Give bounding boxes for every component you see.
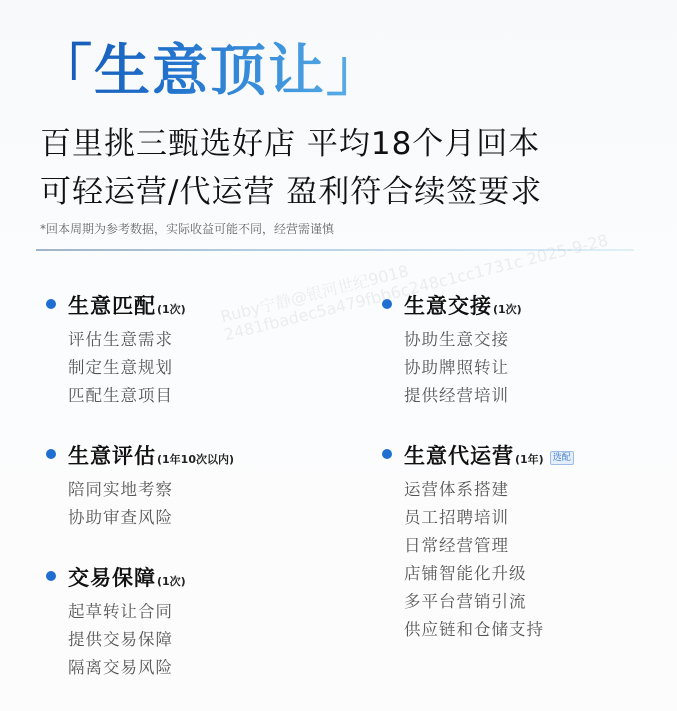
list-item: 店铺智能化升级 — [404, 560, 574, 588]
list-item: 员工招聘培训 — [404, 504, 574, 532]
section-frequency: (1次) — [493, 301, 522, 317]
list-item: 协助生意交接 — [404, 326, 522, 354]
section-frequency: (1年) — [515, 451, 544, 467]
headline-line-2: 可轻运营/代运营 盈利符合续签要求 — [40, 172, 660, 212]
section-transaction-guarantee: 交易保障 (1次) 起草转让合同 提供交易保障 隔离交易风险 — [68, 562, 186, 682]
section-title: 生意代运营 — [404, 440, 514, 470]
section-title: 交易保障 — [68, 562, 156, 592]
section-items: 起草转让合同 提供交易保障 隔离交易风险 — [68, 598, 186, 682]
section-items: 运营体系搭建 员工招聘培训 日常经营管理 店铺智能化升级 多平台营销引流 供应链… — [404, 476, 574, 644]
headline-line-1: 百里挑三甄选好店 平均18个月回本 — [40, 124, 660, 164]
list-item: 日常经营管理 — [404, 532, 574, 560]
list-item: 评估生意需求 — [68, 326, 186, 354]
section-heading: 生意评估 (1年10次以内) — [68, 440, 234, 470]
section-title: 生意评估 — [68, 440, 156, 470]
page-title: 「生意顶让」 — [36, 36, 384, 108]
bullet-dot-icon — [382, 449, 392, 459]
list-item: 供应链和仓储支持 — [404, 616, 574, 644]
list-item: 协助审查风险 — [68, 504, 234, 532]
watermark-line-1: Ruby宁静@银河世纪9018 — [218, 258, 411, 327]
section-business-matching: 生意匹配 (1次) 评估生意需求 制定生意规划 匹配生意项目 — [68, 290, 186, 410]
list-item: 匹配生意项目 — [68, 382, 186, 410]
disclaimer-note: *回本周期为参考数据，实际收益可能不同，经营需谨慎 — [40, 220, 334, 237]
section-managed-operation: 生意代运营 (1年) 选配 运营体系搭建 员工招聘培训 日常经营管理 店铺智能化… — [404, 440, 574, 644]
list-item: 提供经营培训 — [404, 382, 522, 410]
list-item: 提供交易保障 — [68, 626, 186, 654]
bullet-dot-icon — [382, 299, 392, 309]
section-items: 协助生意交接 协助牌照转让 提供经营培训 — [404, 326, 522, 410]
list-item: 多平台营销引流 — [404, 588, 574, 616]
section-business-assessment: 生意评估 (1年10次以内) 陪同实地考察 协助审查风险 — [68, 440, 234, 532]
section-heading: 生意匹配 (1次) — [68, 290, 186, 320]
section-frequency: (1次) — [157, 573, 186, 589]
optional-badge: 选配 — [550, 451, 574, 465]
section-heading: 生意代运营 (1年) 选配 — [404, 440, 574, 470]
list-item: 起草转让合同 — [68, 598, 186, 626]
bullet-dot-icon — [46, 299, 56, 309]
promo-card: 「生意顶让」 百里挑三甄选好店 平均18个月回本 可轻运营/代运营 盈利符合续签… — [0, 0, 677, 711]
section-frequency: (1次) — [157, 301, 186, 317]
list-item: 陪同实地考察 — [68, 476, 234, 504]
bullet-dot-icon — [46, 571, 56, 581]
list-item: 制定生意规划 — [68, 354, 186, 382]
section-title: 生意匹配 — [68, 290, 156, 320]
section-items: 评估生意需求 制定生意规划 匹配生意项目 — [68, 326, 186, 410]
section-heading: 生意交接 (1次) — [404, 290, 522, 320]
section-items: 陪同实地考察 协助审查风险 — [68, 476, 234, 532]
section-title: 生意交接 — [404, 290, 492, 320]
section-frequency: (1年10次以内) — [157, 451, 234, 467]
bullet-dot-icon — [46, 449, 56, 459]
divider — [36, 249, 634, 251]
list-item: 隔离交易风险 — [68, 654, 186, 682]
section-business-handover: 生意交接 (1次) 协助生意交接 协助牌照转让 提供经营培训 — [404, 290, 522, 410]
list-item: 运营体系搭建 — [404, 476, 574, 504]
list-item: 协助牌照转让 — [404, 354, 522, 382]
section-heading: 交易保障 (1次) — [68, 562, 186, 592]
